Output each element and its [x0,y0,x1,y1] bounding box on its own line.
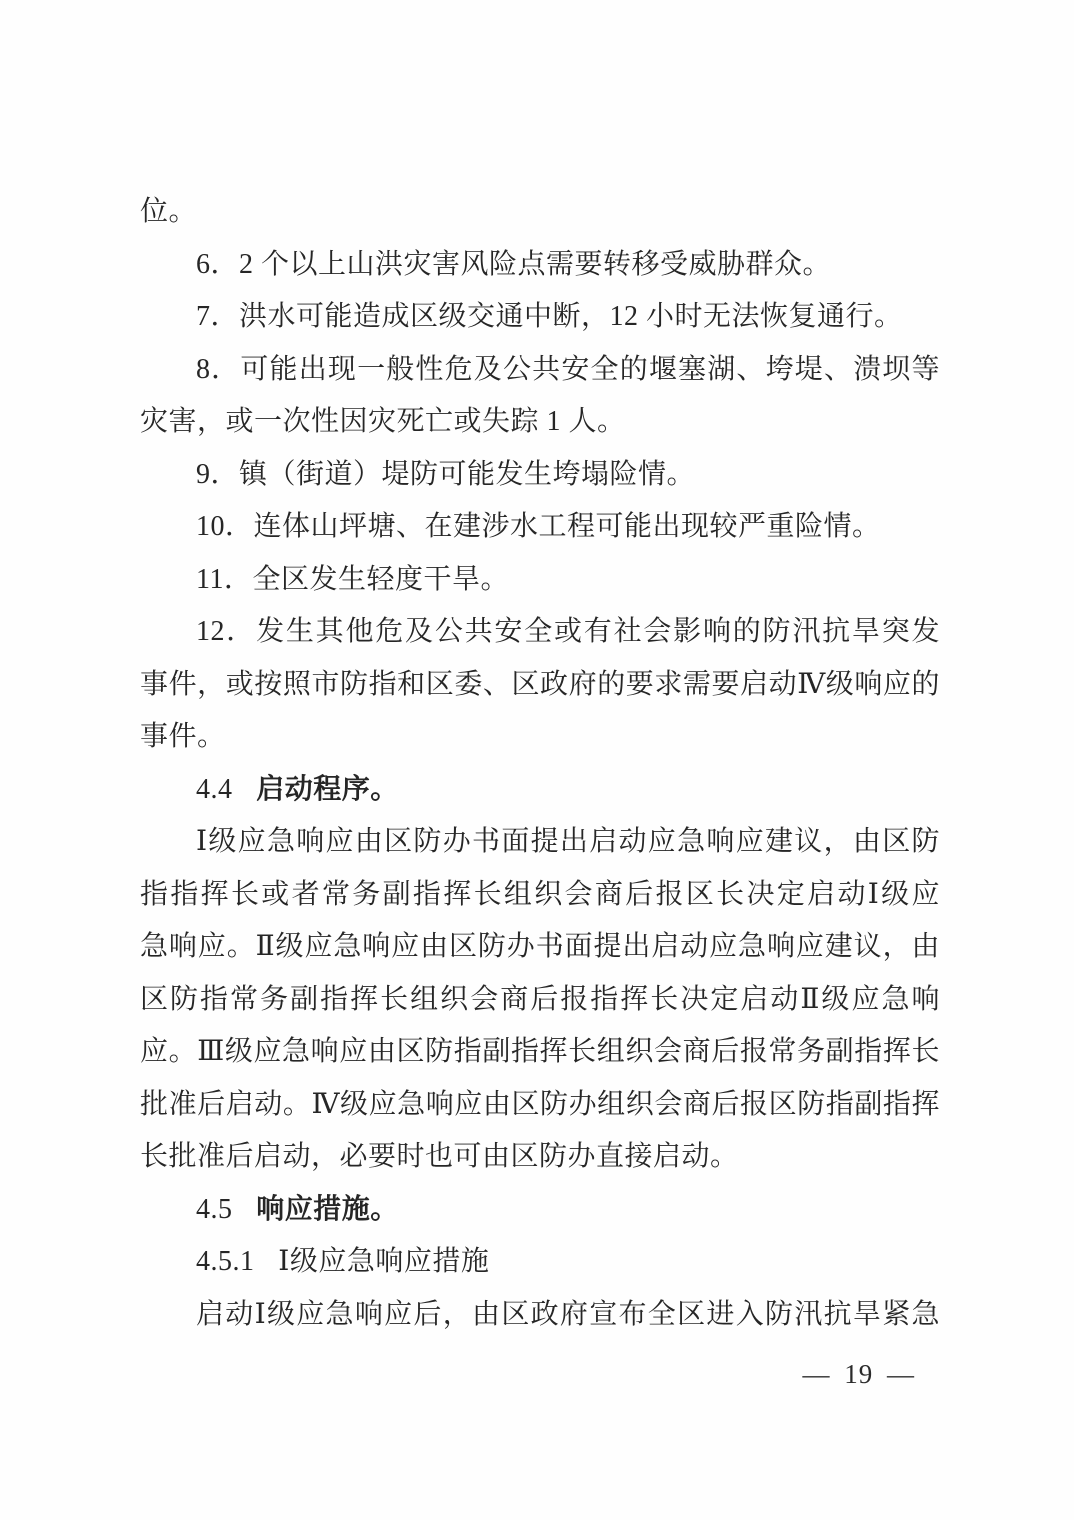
list-item-8: 8．可能出现一般性危及公共安全的堰塞湖、垮堤、溃坝等 [140,344,940,397]
text-line: 事件，或按照市防指和区委、区政府的要求需要启动Ⅳ级响应的 [140,659,940,712]
section-heading-4-4: 4.4启动程序。 [140,764,940,817]
page-number: — 19 — [803,1359,916,1389]
text-line: 长批准后启动，必要时也可由区防办直接启动。 [140,1131,940,1184]
text-line: 急响应。Ⅱ级应急响应由区防办书面提出启动应急响应建议，由 [140,921,940,974]
section-title: Ⅰ级应急响应措施 [278,1246,489,1277]
list-item-7: 7．洪水可能造成区级交通中断，12 小时无法恢复通行。 [140,291,940,344]
list-item-6: 6．2 个以上山洪灾害风险点需要转移受威胁群众。 [140,239,940,292]
list-item-11: 11．全区发生轻度干旱。 [140,554,940,607]
section-title: 启动程序。 [256,774,399,805]
section-number: 4.5.1 [196,1246,255,1277]
page-footer: — 19 — [803,1352,916,1396]
text-line: 事件。 [140,711,940,764]
text-line: 批准后启动。Ⅳ级应急响应由区防办组织会商后报区防指副指挥 [140,1079,940,1132]
text-line: 启动Ⅰ级应急响应后，由区政府宣布全区进入防汛抗旱紧急 [140,1289,940,1342]
section-number: 4.5 [196,1194,233,1225]
text-line: 指指挥长或者常务副指挥长组织会商后报区长决定启动Ⅰ级应 [140,869,940,922]
document-page: 位。 6．2 个以上山洪灾害风险点需要转移受威胁群众。 7．洪水可能造成区级交通… [0,0,1074,1520]
section-number: 4.4 [196,774,233,805]
document-body: 位。 6．2 个以上山洪灾害风险点需要转移受威胁群众。 7．洪水可能造成区级交通… [140,186,940,1341]
section-heading-4-5: 4.5响应措施。 [140,1184,940,1237]
text-line: 应。Ⅲ级应急响应由区防指副指挥长组织会商后报常务副指挥长 [140,1026,940,1079]
list-item-9: 9．镇（街道）堤防可能发生垮塌险情。 [140,449,940,502]
section-title: 响应措施。 [256,1194,399,1225]
text-line: Ⅰ级应急响应由区防办书面提出启动应急响应建议，由区防 [140,816,940,869]
text-line: 灾害，或一次性因灾死亡或失踪 1 人。 [140,396,940,449]
section-heading-4-5-1: 4.5.1Ⅰ级应急响应措施 [140,1236,940,1289]
list-item-12: 12．发生其他危及公共安全或有社会影响的防汛抗旱突发 [140,606,940,659]
text-line: 区防指常务副指挥长组织会商后报指挥长决定启动Ⅱ级应急响 [140,974,940,1027]
list-item-10: 10．连体山坪塘、在建涉水工程可能出现较严重险情。 [140,501,940,554]
text-line: 位。 [140,186,940,239]
